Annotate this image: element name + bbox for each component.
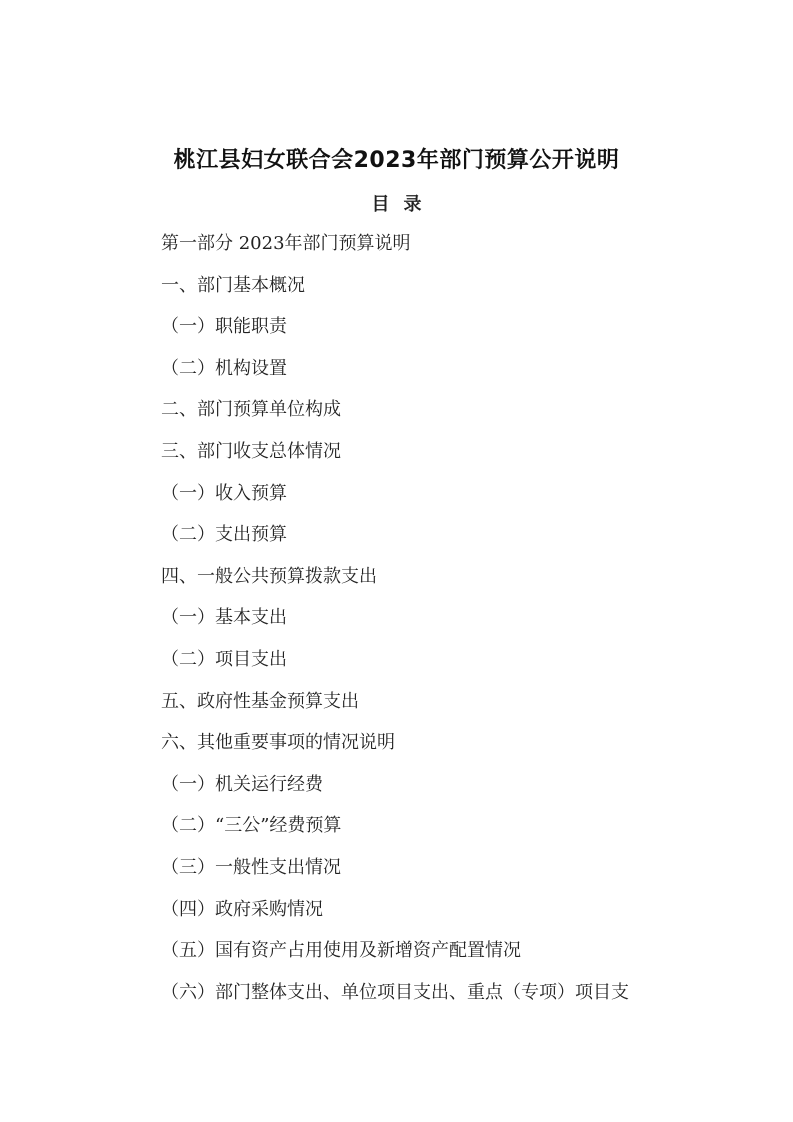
toc-item-general-expenditure[interactable]: （三）一般性支出情况: [161, 853, 629, 895]
toc-item-expenditure-budget[interactable]: （二）支出预算: [161, 520, 629, 562]
toc-item-part-one[interactable]: 第一部分 2023年部门预算说明: [161, 229, 629, 271]
toc-item-organization-setup[interactable]: （二）机构设置: [161, 354, 629, 396]
document-title: 桃江县妇女联合会2023年部门预算公开说明: [0, 143, 793, 174]
toc-heading: 目录: [0, 190, 793, 216]
toc-item-three-public-expenses[interactable]: （二）“三公”经费预算: [161, 811, 629, 853]
document-page: 桃江县妇女联合会2023年部门预算公开说明 目录 第一部分 2023年部门预算说…: [0, 0, 793, 1122]
toc-item-general-public-budget[interactable]: 四、一般公共预算拨款支出: [161, 562, 629, 604]
toc-item-revenue-expenditure-overview[interactable]: 三、部门收支总体情况: [161, 437, 629, 479]
toc-item-functions-duties[interactable]: （一）职能职责: [161, 312, 629, 354]
toc-item-government-fund-budget[interactable]: 五、政府性基金预算支出: [161, 687, 629, 729]
toc-item-government-procurement[interactable]: （四）政府采购情况: [161, 895, 629, 937]
toc-item-budget-units[interactable]: 二、部门预算单位构成: [161, 395, 629, 437]
table-of-contents: 第一部分 2023年部门预算说明 一、部门基本概况 （一）职能职责 （二）机构设…: [161, 229, 629, 1019]
toc-item-basic-expenditure[interactable]: （一）基本支出: [161, 603, 629, 645]
toc-item-department-overview[interactable]: 一、部门基本概况: [161, 271, 629, 313]
toc-item-revenue-budget[interactable]: （一）收入预算: [161, 479, 629, 521]
toc-item-other-important-matters[interactable]: 六、其他重要事项的情况说明: [161, 728, 629, 770]
toc-item-project-expenditure[interactable]: （二）项目支出: [161, 645, 629, 687]
toc-item-state-assets[interactable]: （五）国有资产占用使用及新增资产配置情况: [161, 936, 629, 978]
toc-item-overall-expenditure[interactable]: （六）部门整体支出、单位项目支出、重点（专项）项目支: [161, 978, 629, 1020]
toc-item-operating-expenses[interactable]: （一）机关运行经费: [161, 770, 629, 812]
